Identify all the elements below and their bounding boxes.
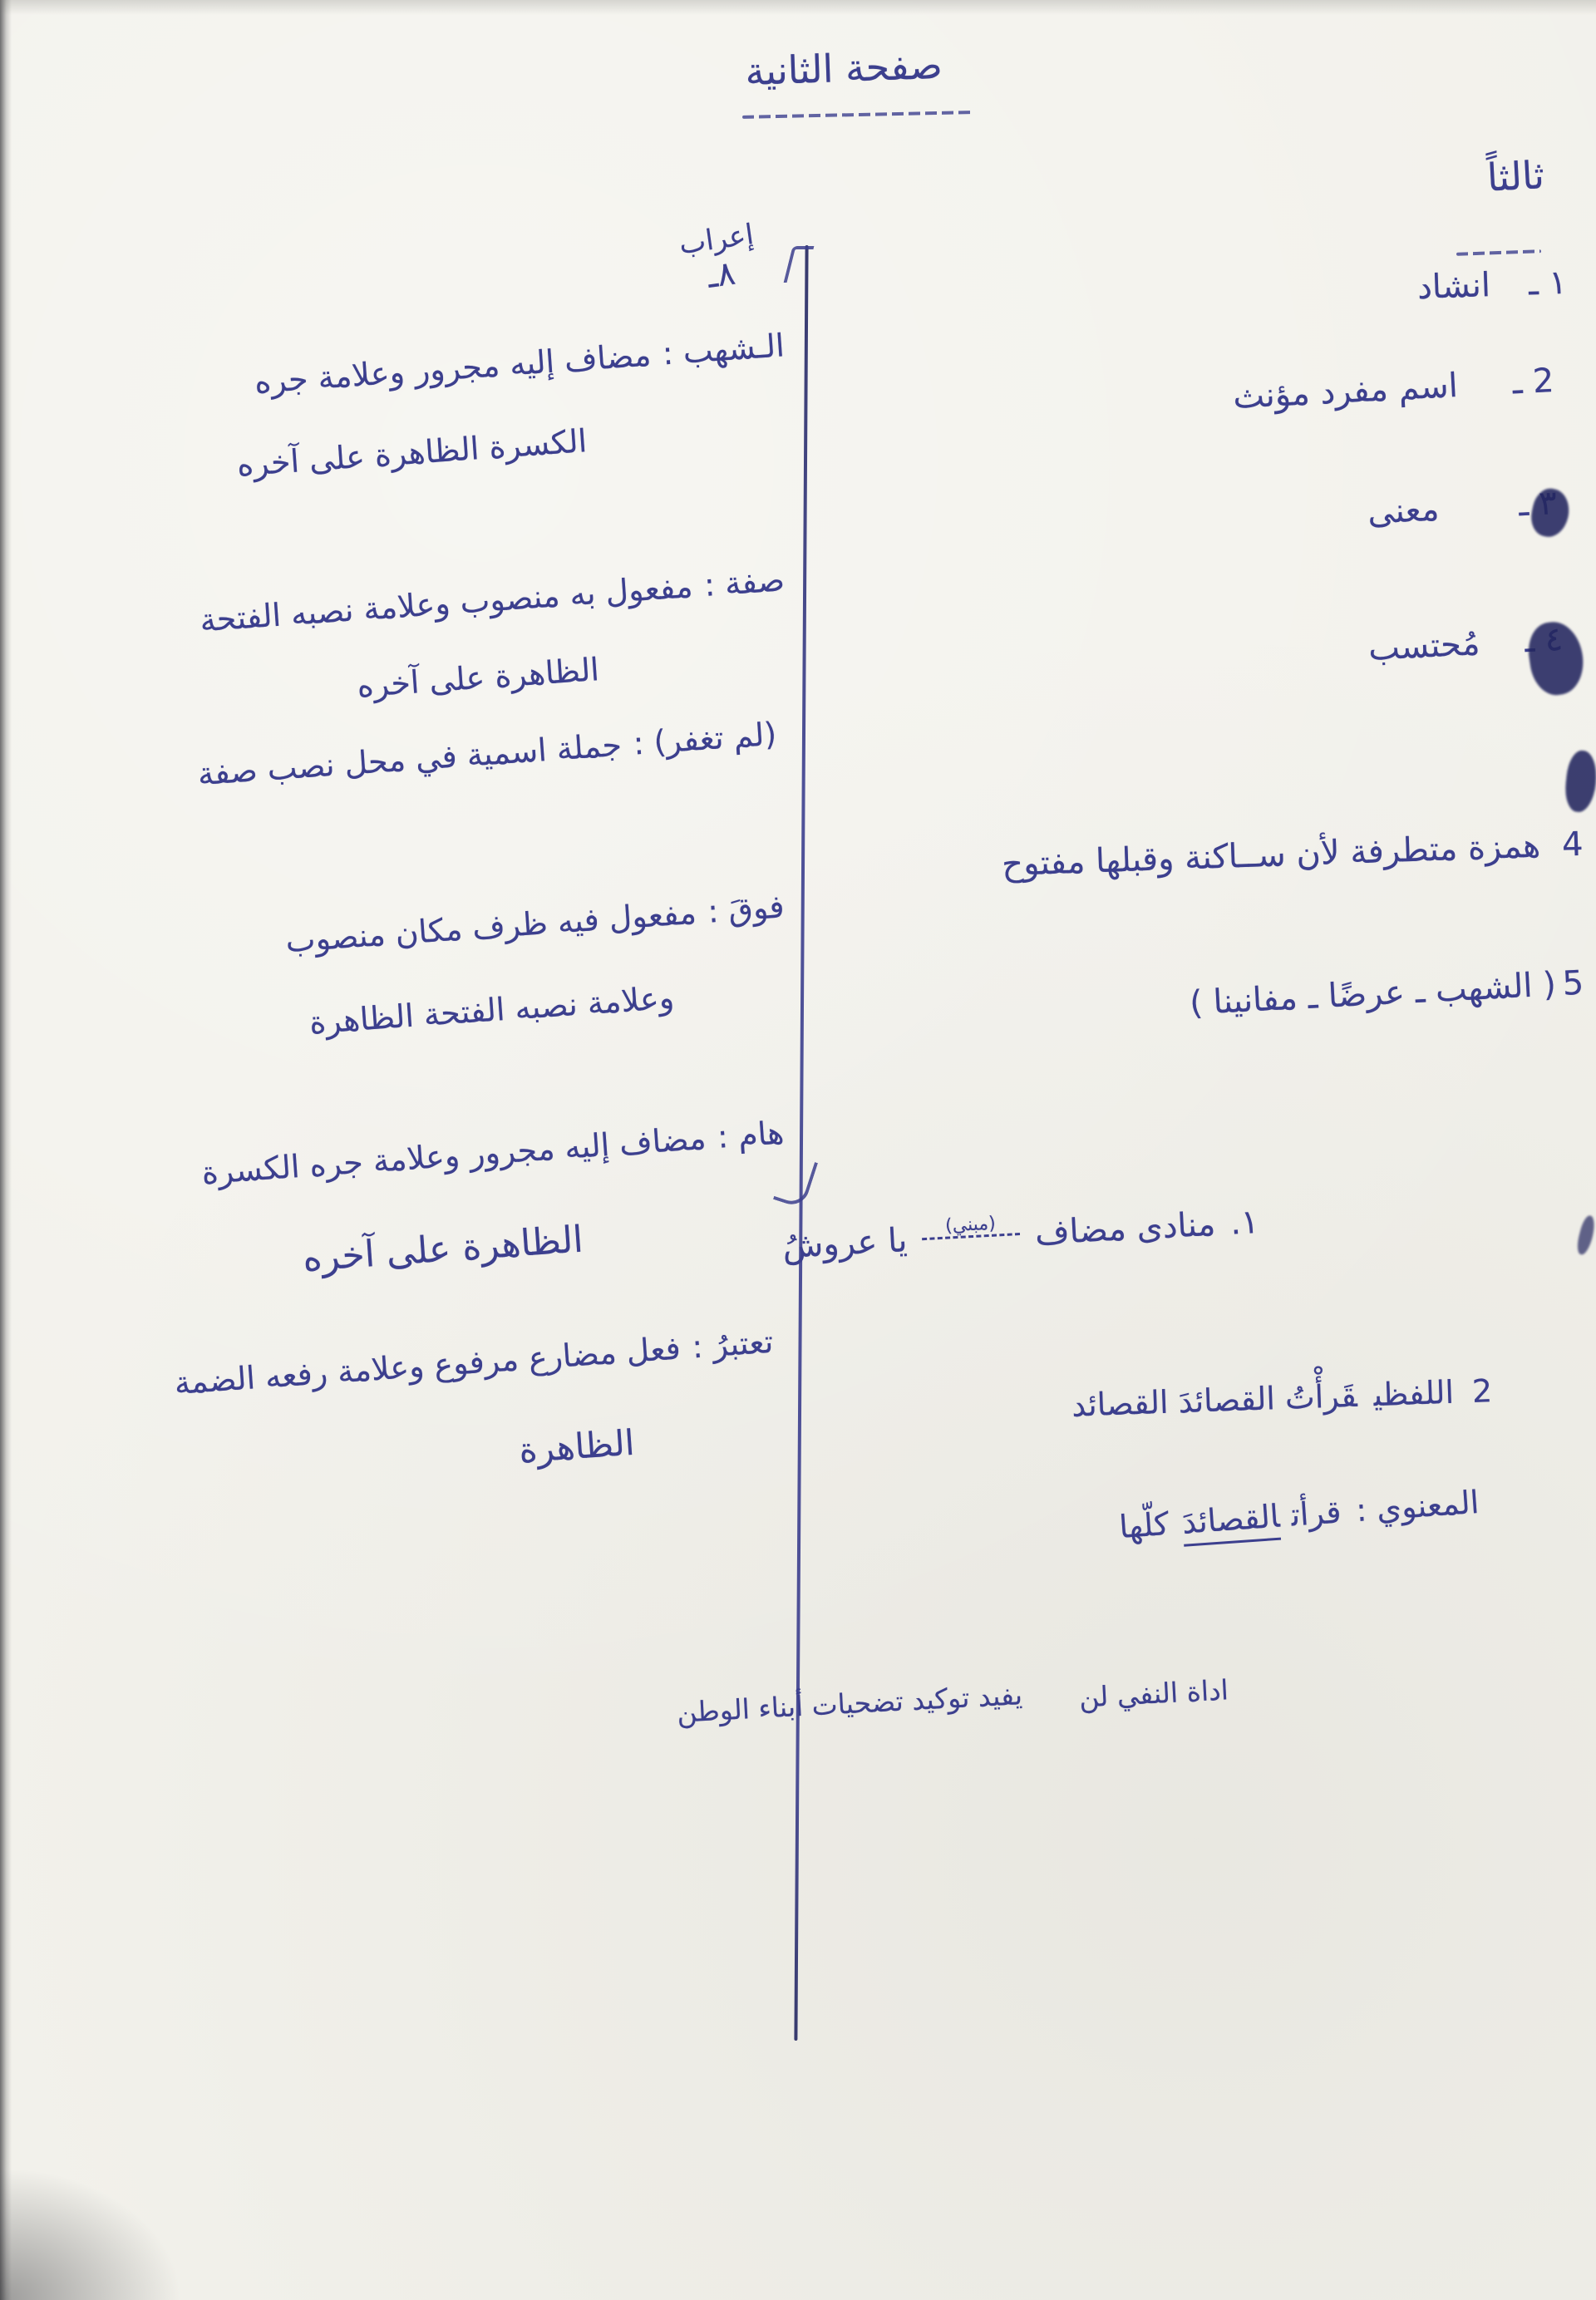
ink-scribble-item-4	[1525, 618, 1588, 698]
section-heading-underline	[1456, 249, 1541, 256]
entry-2-line2: الظاهرة على آخره	[31, 631, 602, 746]
i3rab-entry-fawqa: فوقَ :مفعول فيه ظرف مكان منصوب وعلامة نص…	[25, 864, 793, 1083]
entry-6-term: تعتبرُ :	[691, 1323, 775, 1366]
entry-5-line1: مضاف إليه مجرور وعلامة جره الكسرة	[200, 1120, 707, 1191]
word-list-line: 5( الشهب ـ عرضًا ـ مفانينا )	[1189, 964, 1584, 1023]
column-divider-line	[794, 245, 808, 2041]
item-4-text: مُحتسب	[1367, 624, 1481, 668]
entry-6-line2: الظاهرة	[30, 1397, 638, 1530]
entry-3-term: (لم تغفر) :	[632, 716, 777, 762]
i3rab-entry-tutabar: تعتبرُ :فعل مضارع مرفوع وعلامة رفعه الضم…	[23, 1296, 782, 1530]
maanawi-tail: كلّها	[1118, 1505, 1170, 1545]
scan-shadow-left	[0, 0, 12, 2300]
lafzi-label: اللفظي	[1372, 1374, 1454, 1413]
entry-6-line1: فعل مضارع مرفوع وعلامة رفعه الضمة	[173, 1330, 682, 1401]
vocative-number: ١.	[1229, 1203, 1260, 1243]
vocative-note-block: (مبني)	[921, 1214, 1020, 1240]
scan-shadow-top	[0, 0, 1596, 15]
i3rab-entry-shohob: الـشهب :مضاف إليه مجرور وعلامة جره الكسر…	[25, 304, 792, 520]
hamza-line-number: 4	[1562, 825, 1584, 864]
negation-meaning-text: يفيد توكيد تضحيات أبناء الوطن	[676, 1678, 1023, 1729]
i3rab-entry-haam: هام :مضاف إليه مجرور وعلامة جره الكسرة ا…	[24, 1086, 793, 1324]
maanawi-line: المعنوي :قرأتالقصائدَكلّها	[1118, 1484, 1480, 1545]
entry-4-line2: وعلامة نصبه الفتحة الظاهرة	[31, 956, 677, 1084]
item-3-text: معنى	[1367, 490, 1440, 531]
negation-tool-label: اداة النفي لن	[1078, 1673, 1229, 1713]
ink-mark-edge	[1574, 1214, 1596, 1256]
entry-1-line1: مضاف إليه مجرور وعلامة جره	[254, 337, 653, 401]
i3rab-heading: إعراب ٨ـ	[677, 218, 761, 299]
lafzi-text: قَرأْتُ القصائدَ القصائد	[1071, 1377, 1357, 1424]
word-list-number: 5	[1561, 964, 1584, 1003]
vocative-line: ١.منادى مضاف(مبني)يا عروشُ	[782, 1203, 1260, 1266]
scan-shadow-bottom-left	[0, 2167, 183, 2300]
lafzi-number: 2	[1471, 1372, 1493, 1410]
list-item-1: ١ ـانشاد	[1416, 263, 1567, 307]
hamza-line-text: همزة متطرفة لأن ســاكنة وقبلها مفتوح	[1002, 827, 1541, 884]
item-2-number: 2 ـ	[1512, 362, 1555, 402]
item-2-text: اسم مفرد مؤنث	[1232, 367, 1459, 416]
word-list-text: ( الشهب ـ عرضًا ـ مفانينا )	[1189, 965, 1557, 1022]
section-heading-thalithan: ثالثاً	[1486, 152, 1545, 200]
hamza-rule-line: 4همزة متطرفة لأن ســاكنة وقبلها مفتوح	[1002, 825, 1584, 884]
entry-3-line1: جملة اسمية في محل نصب صفة	[197, 726, 623, 793]
entry-2-term: صفة :	[703, 561, 786, 603]
maanawi-text: قرأت	[1290, 1494, 1342, 1534]
scanned-page: صفحة الثانية ثالثاً ١ ـانشاد 2 ـاسم مفرد…	[0, 0, 1596, 2300]
page-title: صفحة الثانية	[702, 41, 986, 96]
ink-scribble-margin	[1563, 749, 1596, 813]
entry-2-line1: مفعول به منصوب وعلامة نصبه الفتحة	[199, 568, 694, 638]
vocative-label: منادى مضاف	[1034, 1205, 1216, 1253]
lafzi-line: 2اللفظيقَرأْتُ القصائدَ القصائد	[1071, 1372, 1493, 1424]
list-item-2: 2 ـاسم مفرد مؤنث	[1232, 362, 1555, 416]
item-1-text: انشاد	[1416, 266, 1490, 307]
maanawi-label: المعنوي :	[1355, 1484, 1480, 1529]
entry-1-term: الـشهب :	[661, 327, 786, 372]
divider-top-flag	[784, 246, 815, 283]
entry-5-line2: الظاهرة على آخره	[31, 1194, 586, 1325]
item-1-number: ١ ـ	[1528, 263, 1567, 303]
vocative-example: يا عروشُ	[782, 1221, 909, 1266]
list-item-3: ٣ ـمعنى	[1367, 484, 1558, 532]
entry-4-line1: مفعول فيه ظرف مكان منصوب	[284, 894, 697, 959]
maanawi-underlined-word: القصائدَ	[1181, 1498, 1282, 1547]
i3rab-entry-sifa: صفة :مفعول به منصوب وعلامة نصبه الفتحة ا…	[26, 541, 793, 746]
title-underline	[742, 111, 972, 119]
entry-1-line2: الكسرة الظاهرة على آخره	[31, 400, 589, 520]
entry-5-term: هام :	[717, 1114, 786, 1155]
entry-4-term: فوقَ :	[707, 888, 786, 929]
